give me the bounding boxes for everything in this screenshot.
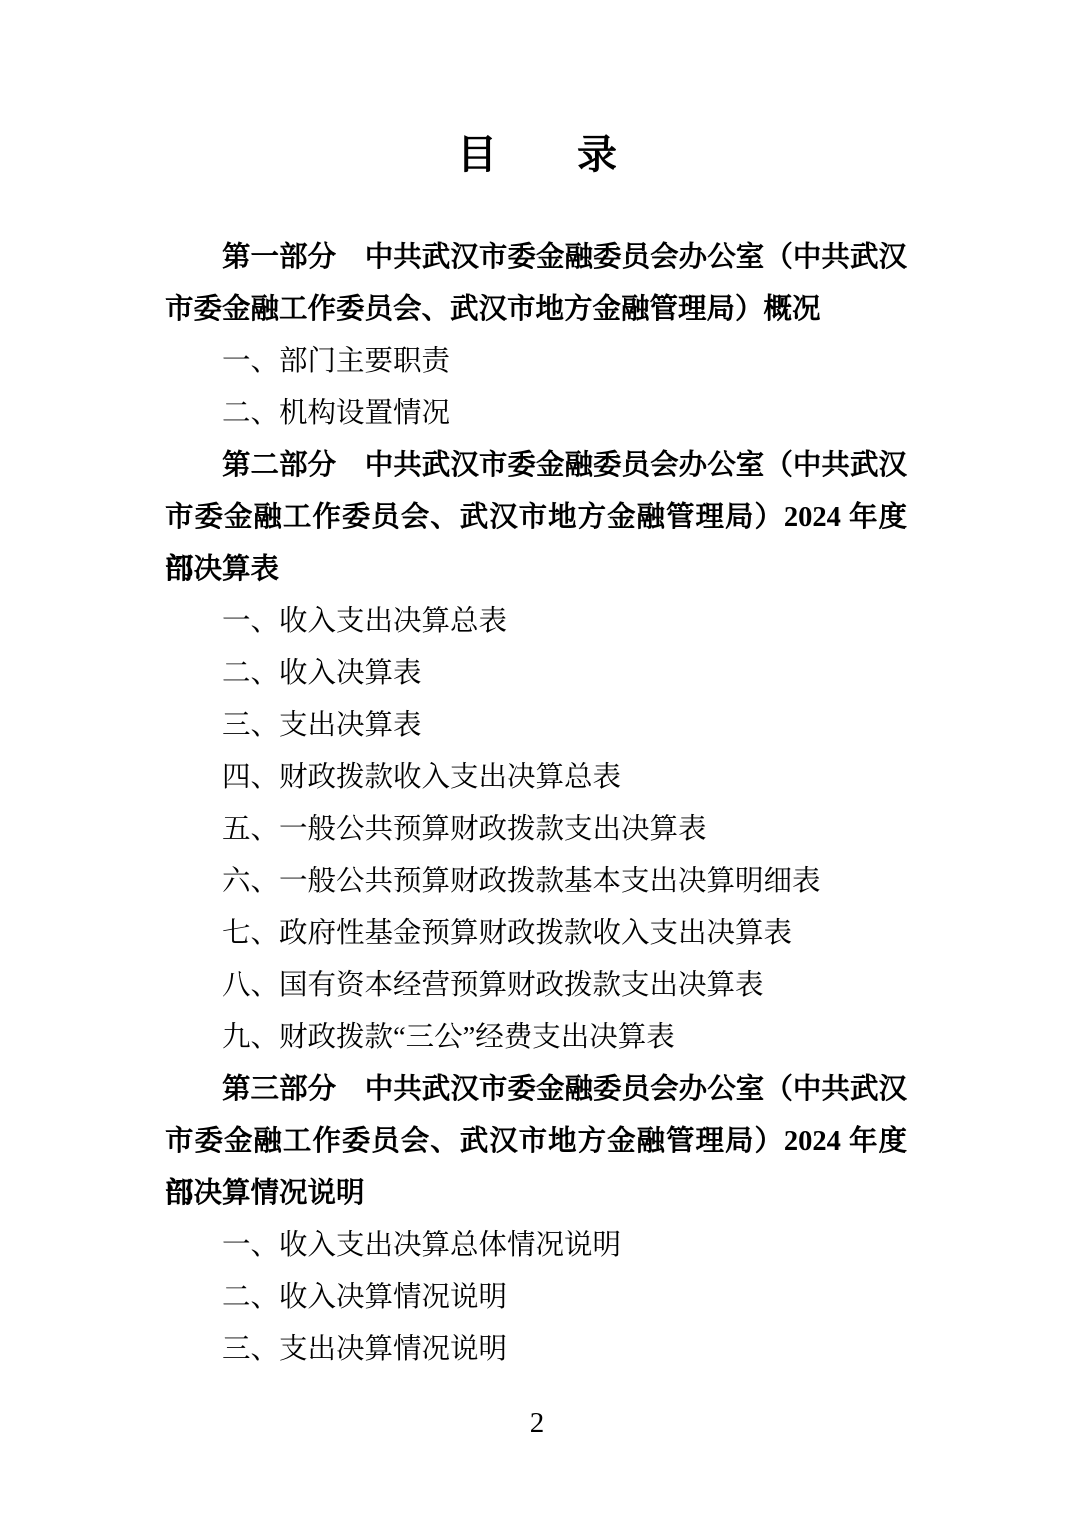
toc-item: 三、支出决算情况说明 [165, 1324, 907, 1376]
section-2-heading-line-2: 市委金融工作委员会、武汉市地方金融管理局）2024 年度部 [165, 492, 907, 544]
section-1-heading-line-1: 第一部分 中共武汉市委金融委员会办公室（中共武汉 [165, 232, 907, 284]
toc-item: 四、财政拨款收入支出决算总表 [165, 752, 907, 804]
section-2-heading-line-1: 第二部分 中共武汉市委金融委员会办公室（中共武汉 [165, 440, 907, 492]
section-3-heading-line-3: 门决算情况说明 [165, 1168, 907, 1220]
toc-item: 三、支出决算表 [165, 700, 907, 752]
section-3-heading-line-2: 市委金融工作委员会、武汉市地方金融管理局）2024 年度部 [165, 1116, 907, 1168]
section-2-heading-line-3: 门决算表 [165, 544, 907, 596]
toc-section-1: 第一部分 中共武汉市委金融委员会办公室（中共武汉 市委金融工作委员会、武汉市地方… [165, 232, 907, 440]
toc-section-2: 第二部分 中共武汉市委金融委员会办公室（中共武汉 市委金融工作委员会、武汉市地方… [165, 440, 907, 1064]
page-number: 2 [0, 1397, 1074, 1449]
section-3-heading-line-1: 第三部分 中共武汉市委金融委员会办公室（中共武汉 [165, 1064, 907, 1116]
toc-item: 七、政府性基金预算财政拨款收入支出决算表 [165, 908, 907, 960]
section-1-heading-line-2: 市委金融工作委员会、武汉市地方金融管理局）概况 [165, 284, 907, 336]
toc-section-3: 第三部分 中共武汉市委金融委员会办公室（中共武汉 市委金融工作委员会、武汉市地方… [165, 1064, 907, 1376]
toc-item: 九、财政拨款“三公”经费支出决算表 [165, 1012, 907, 1064]
toc-item: 二、机构设置情况 [165, 388, 907, 440]
toc-item: 八、国有资本经营预算财政拨款支出决算表 [165, 960, 907, 1012]
toc-item: 一、收入支出决算总体情况说明 [165, 1220, 907, 1272]
toc-item: 二、收入决算情况说明 [165, 1272, 907, 1324]
table-of-contents: 第一部分 中共武汉市委金融委员会办公室（中共武汉 市委金融工作委员会、武汉市地方… [165, 232, 907, 1376]
toc-item: 六、一般公共预算财政拨款基本支出决算明细表 [165, 856, 907, 908]
document-title: 目 录 [0, 133, 1074, 177]
document-page: 目 录 第一部分 中共武汉市委金融委员会办公室（中共武汉 市委金融工作委员会、武… [0, 0, 1074, 1520]
toc-item: 一、收入支出决算总表 [165, 596, 907, 648]
toc-item: 五、一般公共预算财政拨款支出决算表 [165, 804, 907, 856]
toc-item: 一、部门主要职责 [165, 336, 907, 388]
toc-item: 二、收入决算表 [165, 648, 907, 700]
